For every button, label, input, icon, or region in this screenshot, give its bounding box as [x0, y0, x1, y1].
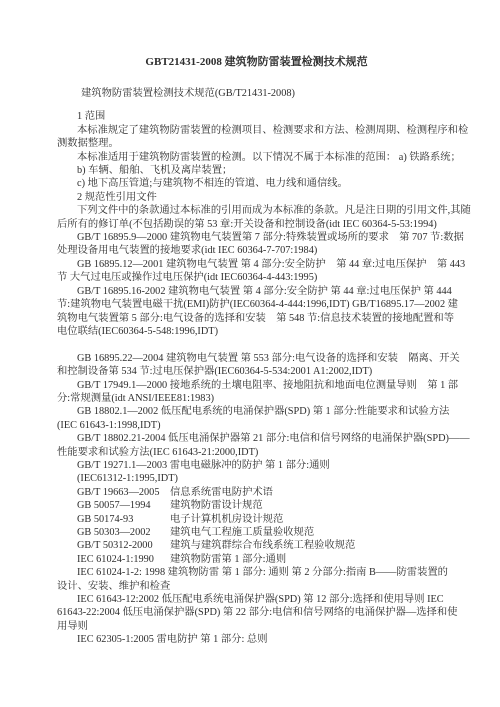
document-line: IEC 62305-1:2005 雷电防护 第 1 部分: 总则 [57, 633, 456, 646]
document-line: 节:建筑物电气装置电磁干扰(EMI)防护(IEC60364-4-444:1996… [57, 298, 456, 311]
reference-title: 信息系统雷电防护术语 [170, 487, 273, 498]
document-line: IEC 61024-1:1990建筑物防雷第 1 部分:通则 [57, 553, 456, 566]
document-line: GB/T 18802.21-2004 低压电涌保护器第 21 部分:电信和信号网… [57, 432, 456, 445]
document-line: GB 50174-93电子计算机机房设计规范 [57, 513, 456, 526]
reference-title: 电子计算机机房设计规范 [170, 514, 283, 525]
document-line: GB/T 16895.9—2000 建筑物电气装置第 7 部分:特殊装置或场所的… [57, 231, 456, 244]
document-line: 分:常规测量(idt ANSI/IEEE81:1983) [57, 392, 456, 405]
document-page: GBT21431-2008 建筑物防雷装置检测技术规范 建筑物防雷装置检测技术规… [0, 0, 500, 707]
document-line: 筑物电气装置第 5 部分:电气设备的选择和安装 第 548 节:信息技术装置的接… [57, 312, 456, 325]
document-line: GB/T 16895.16-2002 建筑物电气装置 第 4 部分:安全防护 第… [57, 285, 456, 298]
document-line: 用导则 [57, 620, 456, 633]
document-line: 测数据整理。 [57, 137, 456, 150]
document-line: 设计、安装、维护和检查 [57, 580, 456, 593]
document-line: GB 50303—2002建筑电气工程施工质量验收规范 [57, 526, 456, 539]
document-line: 节 大气过电压或操作过电压保护(idt IEC60364-4-443:1995) [57, 271, 456, 284]
document-line: IEC 61024-1-2: 1998 建筑物防雷 第 1 部分: 通则 第 2… [57, 566, 456, 579]
document-line: GB/T 50312-2000建筑与建筑群综合布线系统工程验收规范 [57, 539, 456, 552]
section-heading: 1 范围 [57, 110, 456, 123]
document-line: GB/T 19271.1—2003 雷电电磁脉冲的防护 第 1 部分:通则 [57, 459, 456, 472]
document-line: (IEC61312-1:1995,IDT) [57, 472, 456, 485]
document-line: IEC 61643-12:2002 低压配电系统电涌保护器(SPD) 第 12 … [57, 593, 456, 606]
reference-title: 建筑与建筑群综合布线系统工程验收规范 [170, 540, 355, 551]
document-line: GB/T 17949.1—2000 接地系统的土壤电阻率、接地阻抗和地面电位测量… [57, 379, 456, 392]
document-line: GB/T 19663—2005信息系统雷电防护术语 [57, 486, 456, 499]
section-heading: 2 规范性引用文件 [57, 191, 456, 204]
reference-code: GB 50057—1994 [77, 499, 170, 512]
document-body: 1 范围本标准规定了建筑物防雷装置的检测项目、检测要求和方法、检测周期、检测程序… [57, 110, 456, 646]
document-line: (IEC 61643-1:1998,IDT) [57, 419, 456, 432]
reference-code: IEC 61024-1:1990 [77, 553, 170, 566]
document-line: 电位联结(IEC60364-5-548:1996,IDT) [57, 325, 456, 338]
document-line: 61643-22:2004 低压电涌保护器(SPD) 第 22 部分:电信和信号… [57, 606, 456, 619]
reference-code: GB/T 19663—2005 [77, 486, 170, 499]
document-line: 本标准规定了建筑物防雷装置的检测项目、检测要求和方法、检测周期、检测程序和检 [57, 124, 456, 137]
reference-code: GB 50174-93 [77, 513, 170, 526]
document-line: GB 50057—1994建筑物防雷设计规范 [57, 499, 456, 512]
document-line: c) 地下高压管道;与建筑物不相连的管道、电力线和通信线。 [57, 177, 456, 190]
document-line [57, 338, 456, 351]
document-line: 下列文件中的条款通过本标准的引用而成为本标准的条款。凡是注日期的引用文件,其随 [57, 204, 456, 217]
document-line: GB 16895.12—2001 建筑物电气装置 第 4 部分:安全防护 第 4… [57, 258, 456, 271]
document-line: 处理设备用电气装置的接地要求(idt IEC 60364-7-707:1984) [57, 244, 456, 257]
document-title: GBT21431-2008 建筑物防雷装置检测技术规范 [57, 55, 456, 70]
document-line: GB 18802.1—2002 低压配电系统的电涌保护器(SPD) 第 1 部分… [57, 405, 456, 418]
document-line: 本标准适用于建筑物防雷装置的检测。以下情况不属于本标准的范围： a) 铁路系统； [57, 151, 456, 164]
reference-title: 建筑物防雷第 1 部分:通则 [170, 554, 286, 565]
reference-title: 建筑物防雷设计规范 [170, 500, 263, 511]
document-subtitle: 建筑物防雷装置检测技术规范(GB/T21431-2008) [57, 87, 456, 100]
document-line: GB 16895.22—2004 建筑物电气装置 第 553 部分:电气设备的选… [57, 352, 456, 365]
reference-code: GB/T 50312-2000 [77, 539, 170, 552]
document-line: 性能要求和试验方法(IEC 61643-21:2000,IDT) [57, 446, 456, 459]
reference-code: GB 50303—2002 [77, 526, 170, 539]
document-line: b) 车辆、船舶、飞机及离岸装置； [57, 164, 456, 177]
document-line: 和控制设备第 534 节:过电压保护器(IEC60364-5-534:2001 … [57, 365, 456, 378]
reference-title: 建筑电气工程施工质量验收规范 [170, 527, 314, 538]
document-line: 后所有的修订单(不包括勘误的第 53 章:开关设备和控制设备(idt IEC 6… [57, 218, 456, 231]
